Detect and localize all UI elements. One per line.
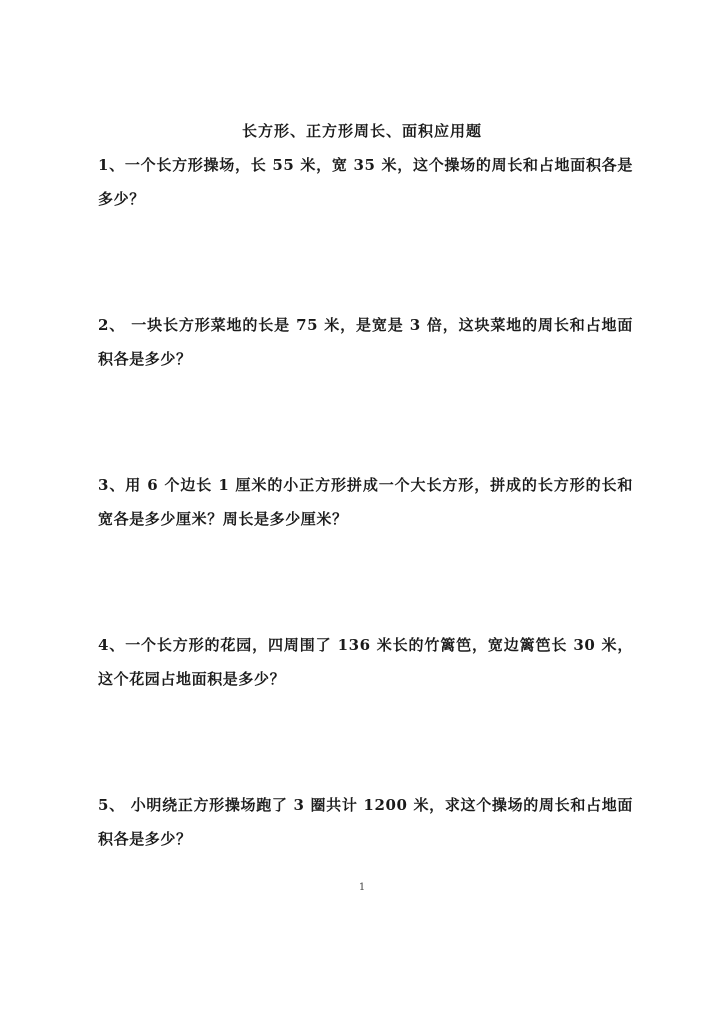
question-1: 1、一个长方形操场，长 55 米，宽 35 米，这个操场的周长和占地面积各是多少… bbox=[98, 148, 633, 216]
question-text: 一块长方形菜地的长是 75 米，是宽是 3 倍，这块菜地的周长和占地面积各是多少… bbox=[98, 316, 633, 368]
page-number: 1 bbox=[0, 882, 724, 893]
question-number: 2、 bbox=[98, 316, 125, 334]
document-page: 长方形、正方形周长、面积应用题 1、一个长方形操场，长 55 米，宽 35 米，… bbox=[0, 0, 724, 1024]
question-number: 3、 bbox=[98, 476, 125, 494]
question-number: 4、 bbox=[98, 636, 125, 654]
question-number: 5、 bbox=[98, 796, 125, 814]
question-5: 5、 小明绕正方形操场跑了 3 圈共计 1200 米，求这个操场的周长和占地面积… bbox=[98, 788, 633, 856]
question-4: 4、一个长方形的花园，四周围了 136 米长的竹篱笆，宽边篱笆长 30 米，这个… bbox=[98, 628, 633, 696]
question-text: 一个长方形操场，长 55 米，宽 35 米，这个操场的周长和占地面积各是多少？ bbox=[98, 156, 633, 208]
question-3: 3、用 6 个边长 1 厘米的小正方形拼成一个大长方形，拼成的长方形的长和宽各是… bbox=[98, 468, 633, 536]
question-2: 2、 一块长方形菜地的长是 75 米，是宽是 3 倍，这块菜地的周长和占地面积各… bbox=[98, 308, 633, 376]
question-number: 1、 bbox=[98, 156, 125, 174]
question-text: 小明绕正方形操场跑了 3 圈共计 1200 米，求这个操场的周长和占地面积各是多… bbox=[98, 796, 633, 848]
question-text: 一个长方形的花园，四周围了 136 米长的竹篱笆，宽边篱笆长 30 米，这个花园… bbox=[98, 636, 633, 688]
question-text: 用 6 个边长 1 厘米的小正方形拼成一个大长方形，拼成的长方形的长和宽各是多少… bbox=[98, 476, 633, 528]
document-title: 长方形、正方形周长、面积应用题 bbox=[0, 120, 724, 142]
